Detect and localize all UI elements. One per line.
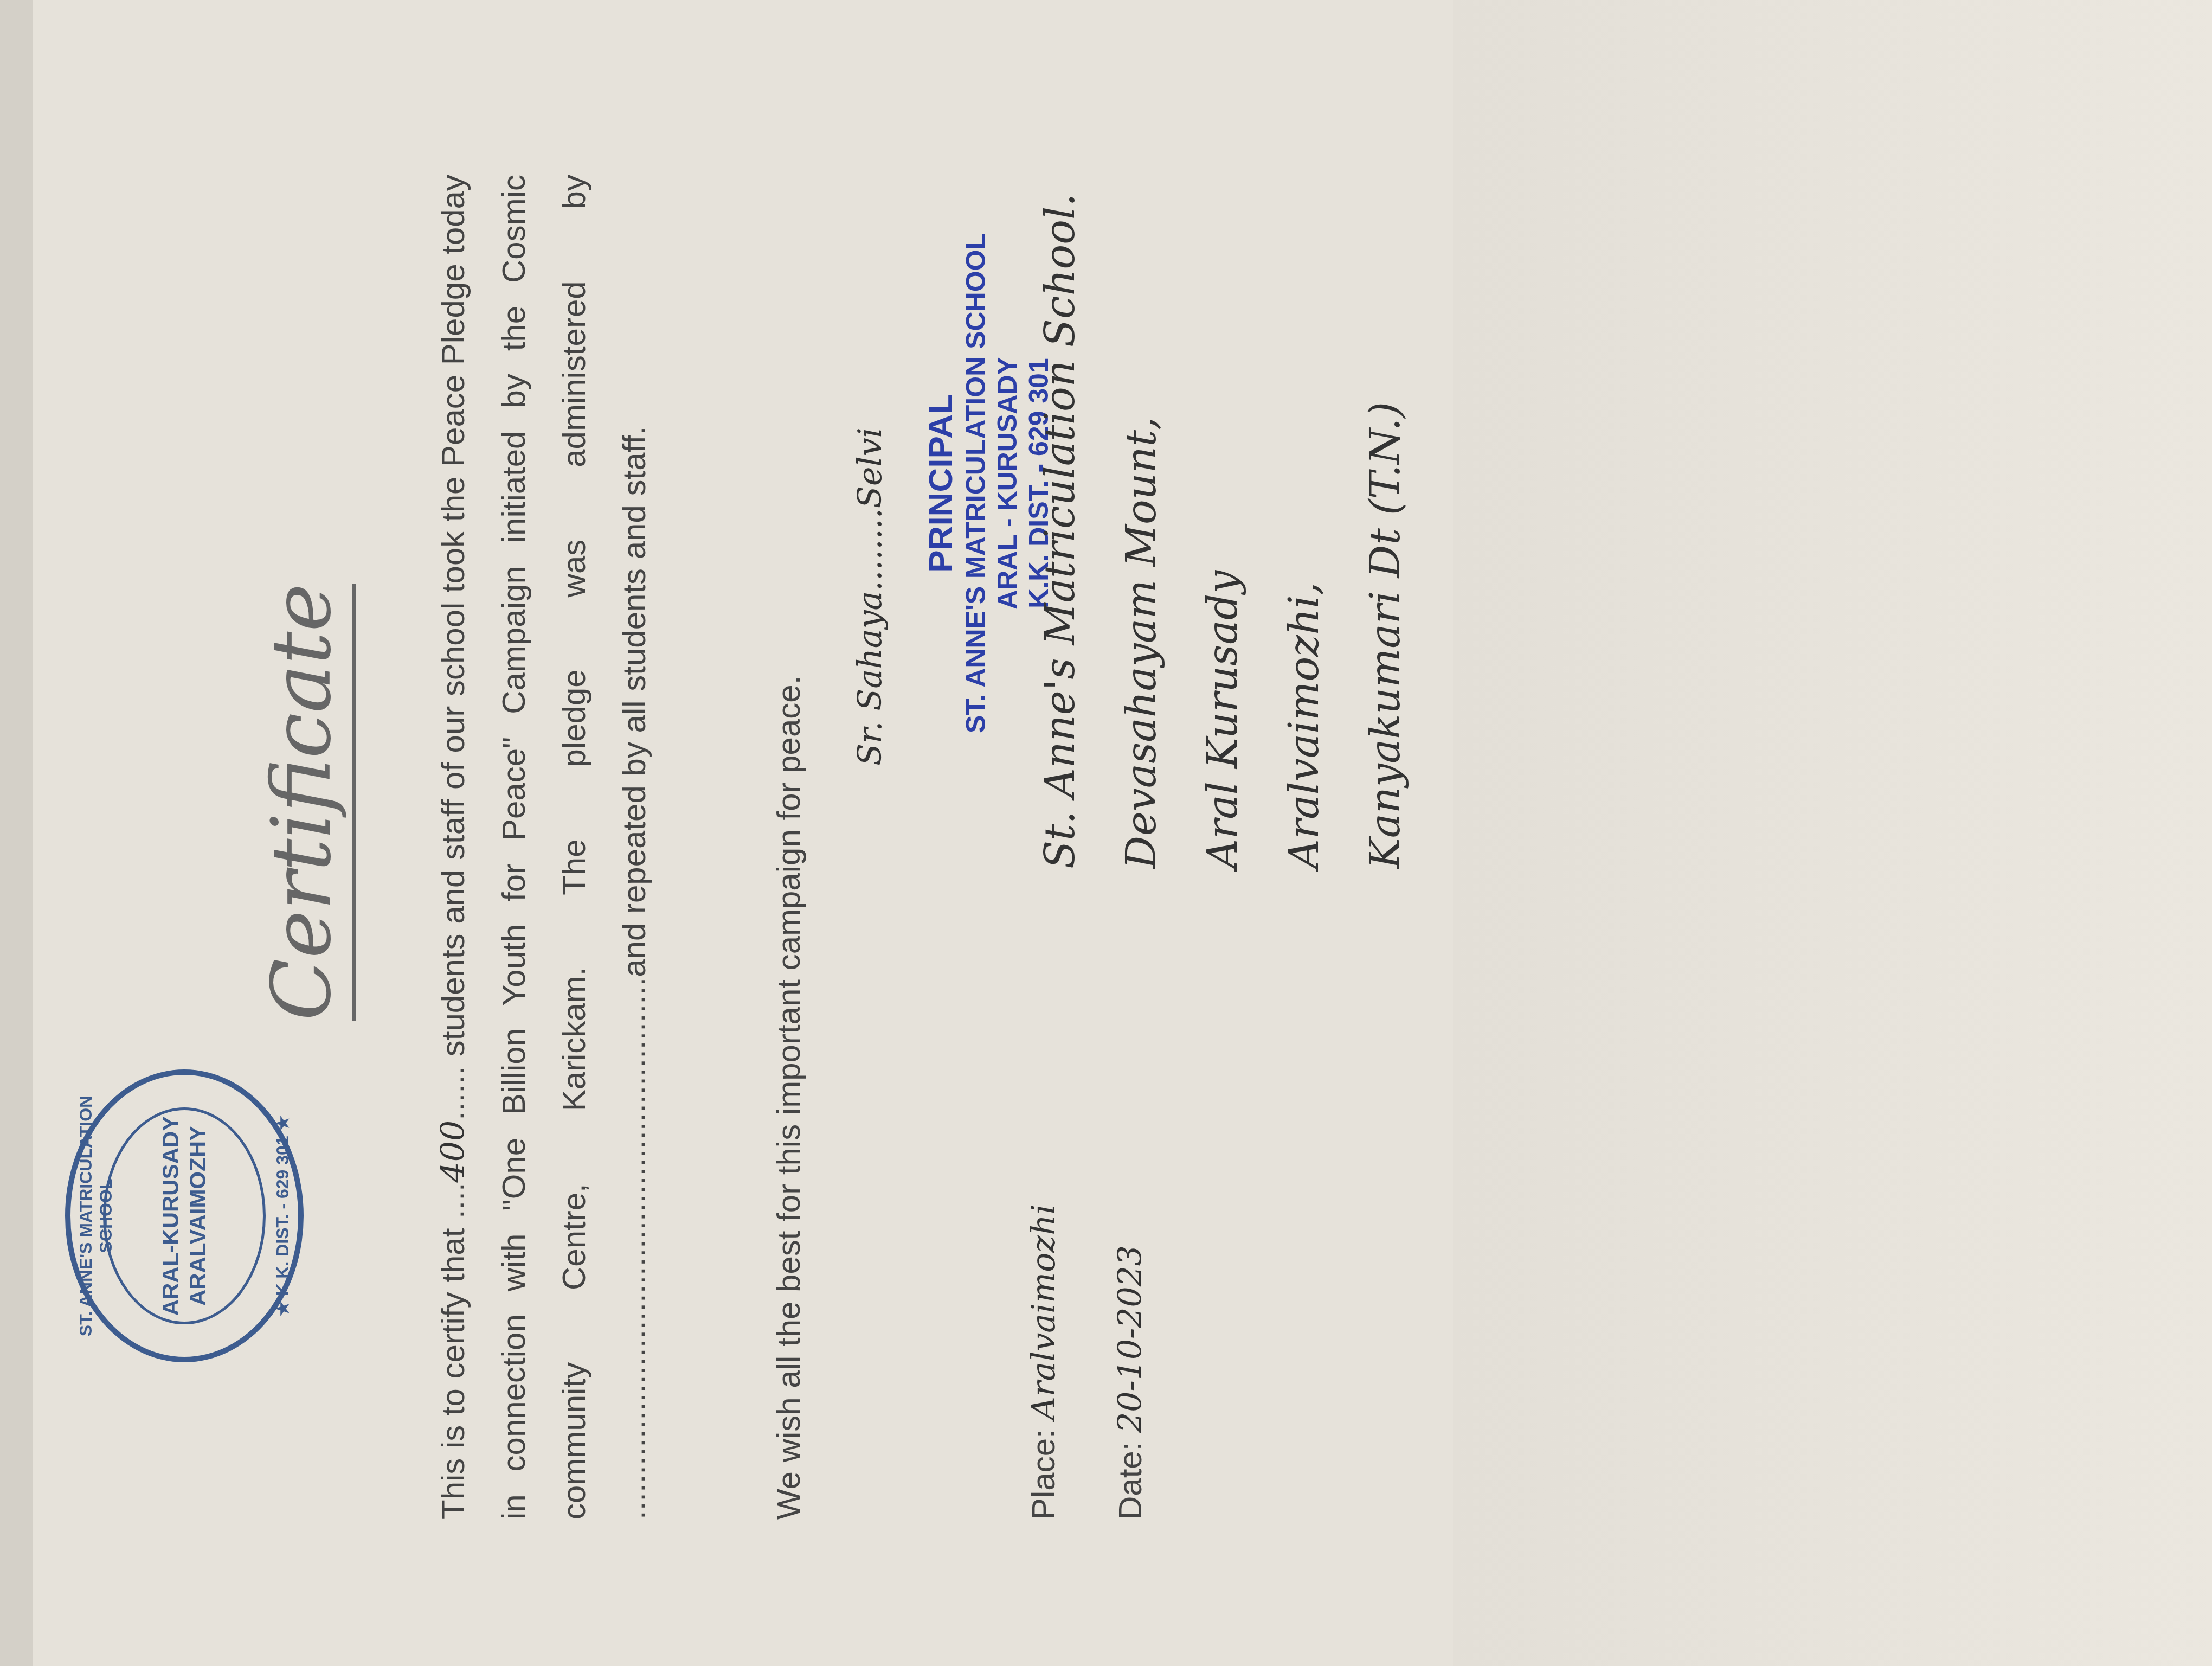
school-seal: ST. ANNE'S MATRICULATION SCHOOL ARAL-KUR… <box>65 1069 304 1362</box>
seal-ring-bottom: ★ K.K. DIST. - 629 301 ★ <box>272 1075 293 1357</box>
stamp-line2: ARAL - KURUSADY <box>992 233 1023 733</box>
address-line: Aralvaimozhi, <box>1263 194 1345 869</box>
address-line: Kanyakumari Dt (T.N.) <box>1345 194 1426 869</box>
address-line: Devasahayam Mount, <box>1101 194 1182 869</box>
stamp-line1: ST. ANNE'S MATRICULATION SCHOOL <box>960 233 992 733</box>
place-value: Aralvaimozhi <box>1025 1204 1063 1420</box>
place-label: Place: <box>1025 1429 1062 1520</box>
date-field: Date: 20-10-2023 <box>1111 1245 1149 1520</box>
stamp-title: PRINCIPAL <box>922 233 960 733</box>
place-field: Place: Aralvaimozhi <box>1025 1204 1063 1520</box>
seal-line1: ARAL-KURUSADY <box>157 1116 184 1316</box>
seal-line2: ARALVAIMOZHY <box>184 1126 211 1306</box>
certificate-title: Certificate <box>255 584 356 1021</box>
address-line: Aral Kurusady <box>1182 194 1263 869</box>
address-line: St. Anne's Matriculation School. <box>1019 194 1101 869</box>
participant-count: 400 <box>434 1120 472 1183</box>
body-part-1: This is to certify that .... <box>435 1182 471 1520</box>
wish-text: We wish all the best for this important … <box>770 676 807 1520</box>
date-value: 20-10-2023 <box>1111 1245 1149 1433</box>
handwritten-address: St. Anne's Matriculation School. Devasah… <box>1019 194 1426 869</box>
date-label: Date: <box>1112 1442 1148 1520</box>
certificate-page: ST. ANNE'S MATRICULATION SCHOOL ARAL-KUR… <box>0 0 2212 1666</box>
principal-signature: Sr. Sahaya........Selvi <box>851 427 889 766</box>
certificate-body: This is to certify that ....400...... st… <box>423 175 664 1520</box>
